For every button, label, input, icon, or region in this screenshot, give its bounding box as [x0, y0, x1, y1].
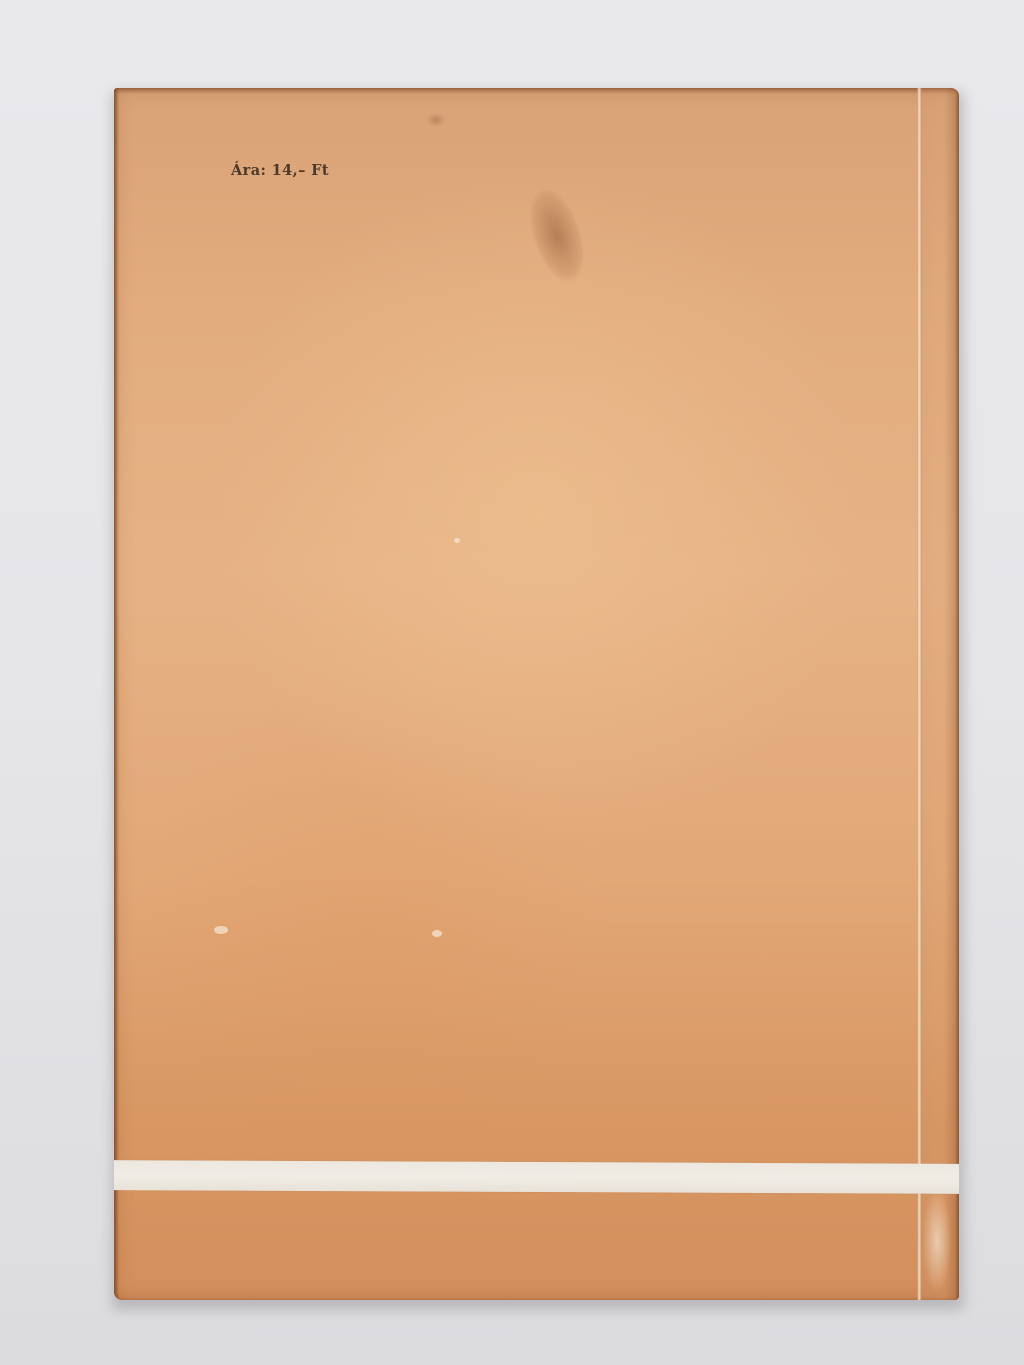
wear-spot [432, 930, 442, 937]
wear-spot [454, 538, 460, 543]
spine-hinge-crease [917, 88, 922, 1300]
spine-strip [922, 88, 959, 1300]
stain-mark [520, 183, 593, 288]
white-stripe [114, 1160, 959, 1194]
price-label: Ára: 14,– Ft [231, 162, 329, 179]
spine-wear [922, 1188, 952, 1293]
cover-left-edge [114, 88, 119, 1300]
book-back-cover: Ára: 14,– Ft [114, 88, 959, 1300]
stain-mark [426, 113, 446, 127]
spine-edge [955, 88, 959, 1300]
wear-spot [214, 926, 228, 934]
cover-top-edge [114, 88, 959, 94]
